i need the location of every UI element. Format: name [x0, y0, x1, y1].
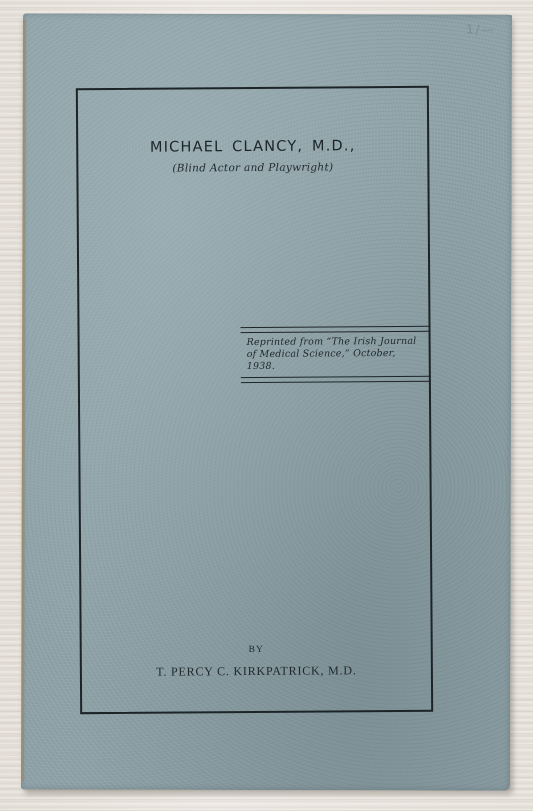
cover-border-frame: MICHAEL CLANCY, M.D., (Blind Actor and P…	[76, 86, 433, 714]
reprint-line-2: of Medical Science,” October, 1938.	[247, 348, 427, 373]
bottom-double-rule	[241, 376, 431, 383]
cover-title: MICHAEL CLANCY, M.D.,	[78, 138, 427, 156]
reprint-text: Reprinted from “The Irish Journal of Med…	[241, 332, 431, 377]
author-name: T. PERCY C. KIRKPATRICK, M.D.	[82, 663, 431, 680]
cover-subtitle: (Blind Actor and Playwright)	[78, 161, 427, 175]
booklet-cover: 1/— MICHAEL CLANCY, M.D., (Blind Actor a…	[21, 13, 512, 790]
spine-edge	[21, 19, 26, 781]
reprint-notice: Reprinted from “The Irish Journal of Med…	[240, 326, 430, 383]
reprint-line-1: Reprinted from “The Irish Journal	[247, 336, 427, 349]
pencil-annotation: 1/—	[466, 23, 496, 37]
by-label: BY	[82, 644, 431, 656]
